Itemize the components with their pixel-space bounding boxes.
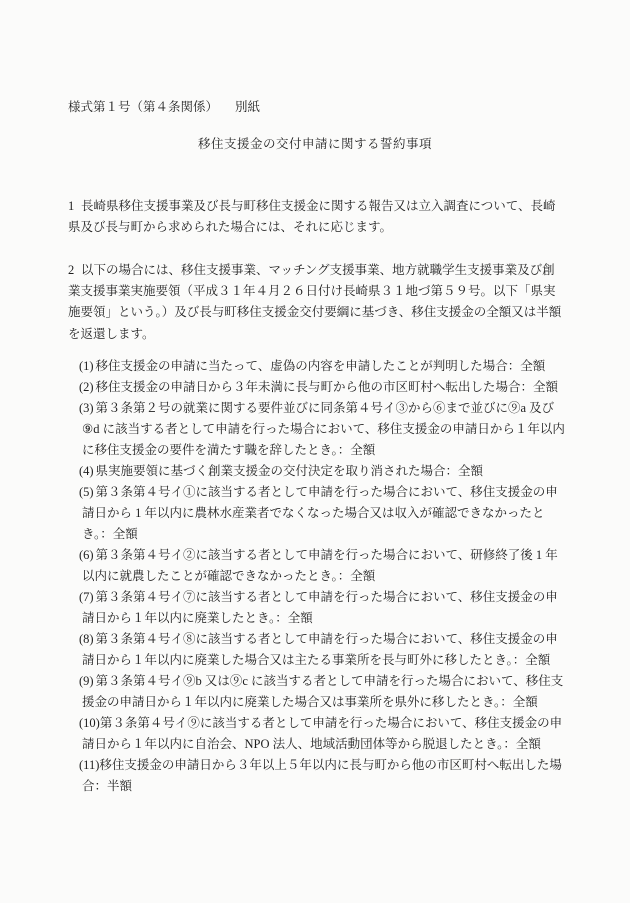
text-line: (8)第３条第４号イ⑧に該当する者として申請を行った場合において、移住支援金の申 [79, 629, 571, 650]
line-text: 第３条第２号の就業に関する要件並びに同条第４号イ③から⑥まで並びに⑨a 及び [96, 401, 555, 415]
line-text: 長崎県移住支援事業及び長与町移住支援金に関する報告又は立入調査について、長崎 [81, 199, 556, 213]
line-text: 第３条第４号イ①に該当する者として申請を行った場合において、移住支援金の申 [96, 485, 558, 499]
text-line: (4)県実施要領に基づく創業支援金の交付決定を取り消された場合：全額 [79, 461, 571, 482]
line-text: 合：半額 [82, 779, 132, 793]
attachment-label: 別紙 [235, 100, 260, 114]
line-text: 移住支援金の申請に当たって、虚偽の内容を申請したことが判明した場合：全額 [96, 359, 546, 373]
form-number: 様式第１号（第４条関係） [68, 100, 218, 114]
text-line: 業支援事業実施要領（平成３１年４月２６日付け長崎県３１地づ第５９号。以下「県実 [68, 281, 568, 302]
text-line: 1長崎県移住支援事業及び長与町移住支援金に関する報告又は立入調査について、長崎 [68, 196, 568, 217]
document-page: 様式第１号（第４条関係）別紙 移住支援金の交付申請に関する誓約事項 1長崎県移住… [0, 0, 630, 903]
text-line: (2)移住支援金の申請日から３年未満に長与町から他の市区町村へ転出した場合：全額 [79, 377, 571, 398]
line-text: き。：全額 [82, 527, 138, 541]
clause-item: (1)移住支援金の申請に当たって、虚偽の内容を申請したことが判明した場合：全額 [79, 356, 571, 377]
text-line: (3)第３条第２号の就業に関する要件並びに同条第４号イ③から⑥まで並びに⑨a 及… [79, 398, 571, 419]
line-text: 以下の場合には、移住支援事業、マッチング支援事業、地方就職学生支援事業及び創 [81, 263, 555, 277]
text-line: 2以下の場合には、移住支援事業、マッチング支援事業、地方就職学生支援事業及び創 [68, 260, 568, 281]
item-number: (4) [79, 461, 96, 482]
text-line: (9)第３条第４号イ⑨b 又は⑨c に該当する者として申請を行った場合において、… [79, 671, 571, 692]
clause-item: (2)移住支援金の申請日から３年未満に長与町から他の市区町村へ転出した場合：全額 [79, 377, 571, 398]
line-text: を返還します。 [68, 327, 155, 341]
item-number: 1 [68, 196, 81, 217]
clause-list: (1)移住支援金の申請に当たって、虚偽の内容を申請したことが判明した場合：全額(… [79, 356, 571, 797]
line-text: 県及び長与町から求められた場合には、それに応じます。 [68, 220, 392, 234]
line-text: 第３条第４号イ⑦に該当する者として申請を行った場合において、移住支援金の申 [96, 590, 558, 604]
text-line: 請日から１年以内に廃業した場合又は主たる事業所を長与町外に移したとき。：全額 [79, 650, 571, 671]
clause-item: (11)移住支援金の申請日から３年以上５年以内に長与町から他の市区町村へ転出した… [79, 755, 571, 797]
text-line: (7)第３条第４号イ⑦に該当する者として申請を行った場合において、移住支援金の申 [79, 587, 571, 608]
text-line: 請日から１年以内に自治会、NPO 法人、地域活動団体等から脱退したとき。：全額 [79, 734, 571, 755]
item-number: (2) [79, 377, 96, 398]
item-number: (3) [79, 398, 96, 419]
line-text: 援金の申請日から１年以内に廃業した場合又は事業所を県外に移したとき。：全額 [82, 695, 538, 709]
line-text: に移住支援金の要件を満たす職を辞したとき。：全額 [82, 443, 375, 457]
text-line: (5)第３条第４号イ①に該当する者として申請を行った場合において、移住支援金の申 [79, 482, 571, 503]
item-number: 2 [68, 260, 81, 281]
text-line: 施要領」という。）及び長与町移住支援金交付要綱に基づき、移住支援金の全額又は半額 [68, 302, 568, 323]
text-line: 請日から 1 年以内に農林水産業者でなくなった場合又は収入が確認できなかったと [79, 503, 571, 524]
line-text: 第３条第４号イ②に該当する者として申請を行った場合において、研修終了後 1 年 [96, 548, 558, 562]
text-line: 援金の申請日から１年以内に廃業した場合又は事業所を県外に移したとき。：全額 [79, 692, 571, 713]
text-line: (1)移住支援金の申請に当たって、虚偽の内容を申請したことが判明した場合：全額 [79, 356, 571, 377]
line-text: 請日から１年以内に廃業した場合又は主たる事業所を長与町外に移したとき。：全額 [82, 653, 550, 667]
numbered-item: 2以下の場合には、移住支援事業、マッチング支援事業、地方就職学生支援事業及び創業… [68, 260, 568, 345]
line-text: 移住支援金の申請日から３年未満に長与町から他の市区町村へ転出した場合：全額 [96, 380, 559, 394]
numbered-items: 1長崎県移住支援事業及び長与町移住支援金に関する報告又は立入調査について、長崎県… [68, 196, 568, 345]
line-text: 第３条第４号イ⑨に該当する者として申請を行った場合において、移住支援金の申 [100, 716, 562, 730]
item-number: (8) [79, 629, 96, 650]
item-number: (10) [79, 713, 100, 734]
line-text: 第３条第４号イ⑧に該当する者として申請を行った場合において、移住支援金の申 [96, 632, 558, 646]
clause-item: (5)第３条第４号イ①に該当する者として申請を行った場合において、移住支援金の申… [79, 482, 571, 545]
line-text: 請日から 1 年以内に農林水産業者でなくなった場合又は収入が確認できなかったと [82, 506, 545, 520]
clause-item: (9)第３条第４号イ⑨b 又は⑨c に該当する者として申請を行った場合において、… [79, 671, 571, 713]
form-number-line: 様式第１号（第４条関係）別紙 [68, 97, 260, 118]
clause-item: (10)第３条第４号イ⑨に該当する者として申請を行った場合において、移住支援金の… [79, 713, 571, 755]
item-number: (7) [79, 587, 96, 608]
clause-item: (3)第３条第２号の就業に関する要件並びに同条第４号イ③から⑥まで並びに⑨a 及… [79, 398, 571, 461]
text-line: を返還します。 [68, 324, 568, 345]
clause-item: (4)県実施要領に基づく創業支援金の交付決定を取り消された場合：全額 [79, 461, 571, 482]
line-text: 以内に就農したことが確認できなかったとき。：全額 [82, 569, 375, 583]
text-line: (10)第３条第４号イ⑨に該当する者として申請を行った場合において、移住支援金の… [79, 713, 571, 734]
text-line: 合：半額 [79, 776, 571, 797]
text-line: き。：全額 [79, 524, 571, 545]
line-text: 第３条第４号イ⑨b 又は⑨c に該当する者として申請を行った場合において、移住支 [96, 674, 564, 688]
clause-item: (7)第３条第４号イ⑦に該当する者として申請を行った場合において、移住支援金の申… [79, 587, 571, 629]
text-line: 県及び長与町から求められた場合には、それに応じます。 [68, 217, 568, 238]
item-number: (9) [79, 671, 96, 692]
clause-item: (6)第３条第４号イ②に該当する者として申請を行った場合において、研修終了後 1… [79, 545, 571, 587]
text-line: ⑨d に該当する者として申請を行った場合において、移住支援金の申請日から１年以内 [79, 419, 571, 440]
text-line: に移住支援金の要件を満たす職を辞したとき。：全額 [79, 440, 571, 461]
text-line: (11)移住支援金の申請日から３年以上５年以内に長与町から他の市区町村へ転出した… [79, 755, 571, 776]
item-number: (6) [79, 545, 96, 566]
text-line: 以内に就農したことが確認できなかったとき。：全額 [79, 566, 571, 587]
line-text: 業支援事業実施要領（平成３１年４月２６日付け長崎県３１地づ第５９号。以下「県実 [68, 284, 556, 298]
item-number: (5) [79, 482, 96, 503]
item-number: (1) [79, 356, 96, 377]
line-text: 県実施要領に基づく創業支援金の交付決定を取り消された場合：全額 [96, 464, 484, 478]
numbered-item: 1長崎県移住支援事業及び長与町移住支援金に関する報告又は立入調査について、長崎県… [68, 196, 568, 239]
line-text: 請日から１年以内に廃業したとき。：全額 [82, 611, 313, 625]
line-text: ⑨d に該当する者として申請を行った場合において、移住支援金の申請日から１年以内 [82, 422, 565, 436]
line-text: 移住支援金の申請日から３年以上５年以内に長与町から他の市区町村へ転出した場 [99, 758, 562, 772]
item-number: (11) [79, 755, 99, 776]
text-line: 請日から１年以内に廃業したとき。：全額 [79, 608, 571, 629]
line-text: 施要領」という。）及び長与町移住支援金交付要綱に基づき、移住支援金の全額又は半額 [68, 305, 561, 319]
document-title: 移住支援金の交付申請に関する誓約事項 [0, 134, 630, 155]
clause-item: (8)第３条第４号イ⑧に該当する者として申請を行った場合において、移住支援金の申… [79, 629, 571, 671]
line-text: 請日から１年以内に自治会、NPO 法人、地域活動団体等から脱退したとき。：全額 [82, 737, 541, 751]
text-line: (6)第３条第４号イ②に該当する者として申請を行った場合において、研修終了後 1… [79, 545, 571, 566]
